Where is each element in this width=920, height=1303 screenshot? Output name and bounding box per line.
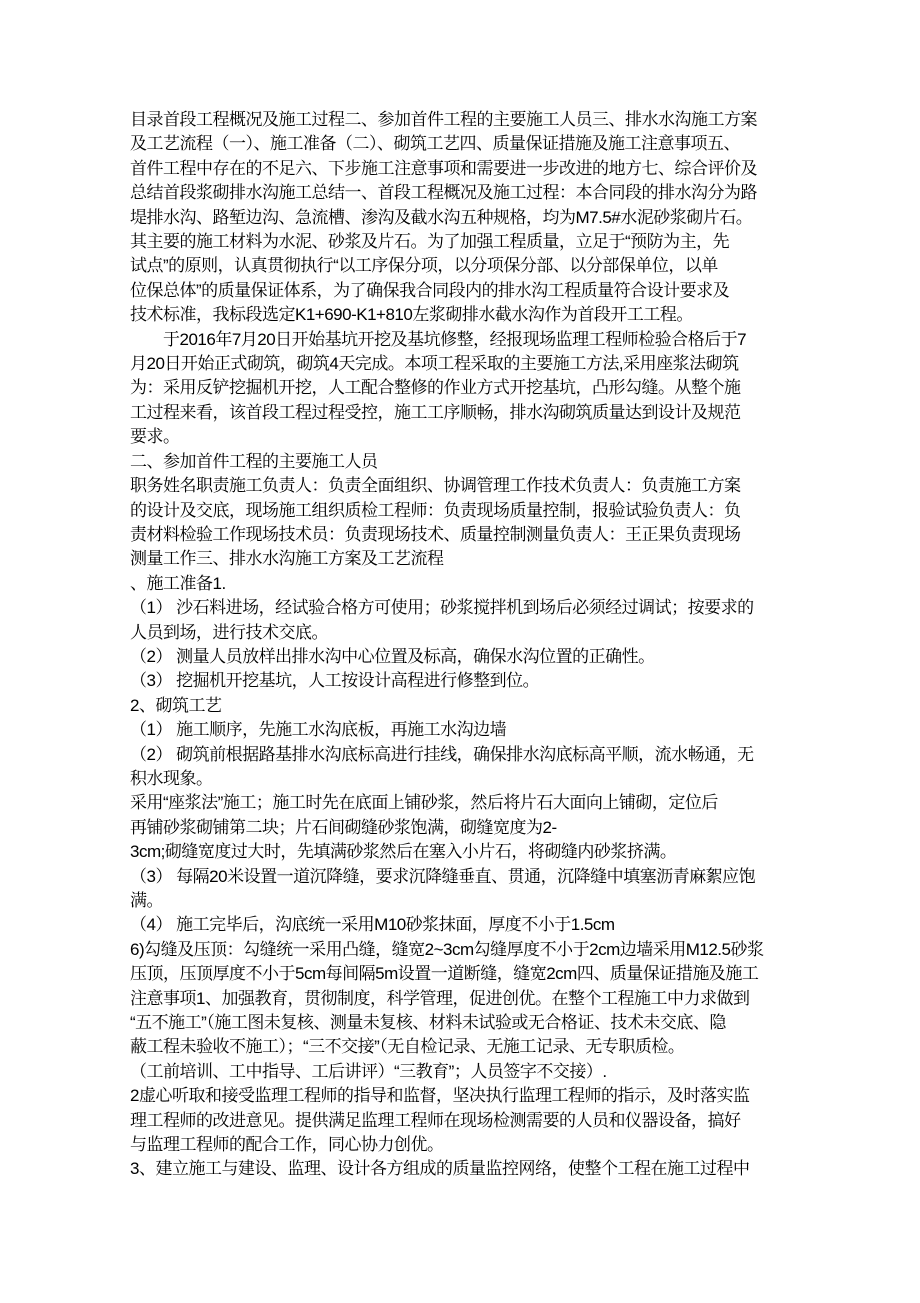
text-line: 6)勾缝及压顶：勾缝统一采用凸缝，缝宽2~3cm勾缝厚度不小于2cm边墙采用M1… xyxy=(130,938,802,962)
text-line: 3cm;砌缝宽度过大时，先填满砂浆然后在塞入小片石，将砌缝内砂浆挤满。 xyxy=(130,840,802,864)
text-line: （3） 每隔20米设置一道沉降缝，要求沉降缝垂直、贯通，沉降缝中填塞沥青麻絮应饱 xyxy=(130,865,802,889)
text-line: （1） 施工顺序，先施工水沟底板，再施工水沟边墙 xyxy=(130,718,802,742)
text-line: （2） 测量人员放样出排水沟中心位置及标高，确保水沟位置的正确性。 xyxy=(130,645,802,669)
text-line: 试点”的原则，认真贯彻执行“以工序保分项，以分项保分部、以分部保单位，以单 xyxy=(130,254,802,278)
text-line: 目录首段工程概况及施工过程二、参加首件工程的主要施工人员三、排水水沟施工方案 xyxy=(130,108,802,132)
text-line: 、施工准备1. xyxy=(130,572,802,596)
text-line: 要求。 xyxy=(130,425,802,449)
text-line: 职务姓名职责施工负责人：负责全面组织、协调管理工作技术负责人：负责施工方案 xyxy=(130,474,802,498)
text-line: 为：采用反铲挖掘机开挖，人工配合整修的作业方式开挖基坑，凸形勾缝。从整个施 xyxy=(130,376,802,400)
text-line: 责材料检验工作现场技术员：负责现场技术、质量控制测量负责人：王正果负责现场 xyxy=(130,523,802,547)
text-line: 2、砌筑工艺 xyxy=(130,694,802,718)
text-line: 采用“座浆法”施工；施工时先在底面上铺砂浆，然后将片石大面向上铺砌，定位后 xyxy=(130,791,802,815)
text-line: 月20日开始正式砌筑，砌筑4天完成。本项工程采取的主要施工方法,采用座浆法砌筑 xyxy=(130,352,802,376)
text-line: 工过程来看，该首段工程过程受控，施工工序顺畅，排水沟砌筑质量达到设计及规范 xyxy=(130,401,802,425)
text-line: 及工艺流程（一）、施工准备（二）、砌筑工艺四、质量保证措施及施工注意事项五、 xyxy=(130,132,802,156)
text-line: 再铺砂浆砌铺第二块；片石间砌缝砂浆饱满，砌缝宽度为2- xyxy=(130,816,802,840)
text-line: 人员到场，进行技术交底。 xyxy=(130,621,802,645)
text-line: 总结首段浆砌排水沟施工总结一、首段工程概况及施工过程：本合同段的排水沟分为路 xyxy=(130,181,802,205)
text-line: （工前培训、工中指导、工后讲评）“三教育”；人员签字不交接）. xyxy=(130,1060,802,1084)
text-line: 位保总体”的质量保证体系，为了确保我合同段内的排水沟工程质量符合设计要求及 xyxy=(130,279,802,303)
text-line: 满。 xyxy=(130,889,802,913)
text-line: 蔽工程未验收不施工）；“三不交接”（无自检记录、无施工记录、无专职质检。 xyxy=(130,1035,802,1059)
text-line: （2） 砌筑前根据路基排水沟底标高进行挂线，确保排水沟底标高平顺，流水畅通，无 xyxy=(130,743,802,767)
text-line: 理工程师的改进意见。提供满足监理工程师在现场检测需要的人员和仪器设备，搞好 xyxy=(130,1109,802,1133)
text-line: （3） 挖掘机开挖基坑，人工按设计高程进行修整到位。 xyxy=(130,669,802,693)
text-line: 首件工程中存在的不足六、下步施工注意事项和需要进一步改进的地方七、综合评价及 xyxy=(130,157,802,181)
text-line: 压顶，压顶厚度不小于5cm每间隔5m设置一道断缝，缝宽2cm四、质量保证措施及施… xyxy=(130,962,802,986)
text-line: “五不施工”（施工图未复核、测量未复核、材料未试验或无合格证、技术未交底、隐 xyxy=(130,1011,802,1035)
text-line: 3、建立施工与建设、监理、设计各方组成的质量监控网络，使整个工程在施工过程中 xyxy=(130,1157,802,1181)
text-line: （1） 沙石料进场，经试验合格方可使用；砂浆搅拌机到场后必须经过调试；按要求的 xyxy=(130,596,802,620)
text-line: 积水现象。 xyxy=(130,767,802,791)
text-line: 于2016年7月20日开始基坑开挖及基坑修整，经报现场监理工程师检验合格后于7 xyxy=(130,328,802,352)
text-line: 二、参加首件工程的主要施工人员 xyxy=(130,450,802,474)
text-line: 技术标准，我标段选定K1+690-K1+810左浆砌排水截水沟作为首段开工工程。 xyxy=(130,303,802,327)
text-line: 其主要的施工材料为水泥、砂浆及片石。为了加强工程质量，立足于“预防为主，先 xyxy=(130,230,802,254)
text-line: 与监理工程师的配合工作，同心协力创优。 xyxy=(130,1133,802,1157)
text-line: 测量工作三、排水水沟施工方案及工艺流程 xyxy=(130,547,802,571)
text-line: 的设计及交底，现场施工组织质检工程师：负责现场质量控制，报验试验负责人：负 xyxy=(130,499,802,523)
document-page: 目录首段工程概况及施工过程二、参加首件工程的主要施工人员三、排水水沟施工方案及工… xyxy=(0,0,920,1303)
document-text-block: 目录首段工程概况及施工过程二、参加首件工程的主要施工人员三、排水水沟施工方案及工… xyxy=(130,108,802,1182)
text-line: （4） 施工完毕后，沟底统一采用M10砂浆抹面，厚度不小于1.5cm xyxy=(130,913,802,937)
text-line: 注意事项1、加强教育，贯彻制度，科学管理，促进创优。在整个工程施工中力求做到 xyxy=(130,987,802,1011)
text-line: 堤排水沟、路堑边沟、急流槽、渗沟及截水沟五种规格，均为M7.5#水泥砂浆砌片石。 xyxy=(130,206,802,230)
text-line: 2虚心听取和接受监理工程师的指导和监督，坚决执行监理工程师的指示，及时落实监 xyxy=(130,1084,802,1108)
